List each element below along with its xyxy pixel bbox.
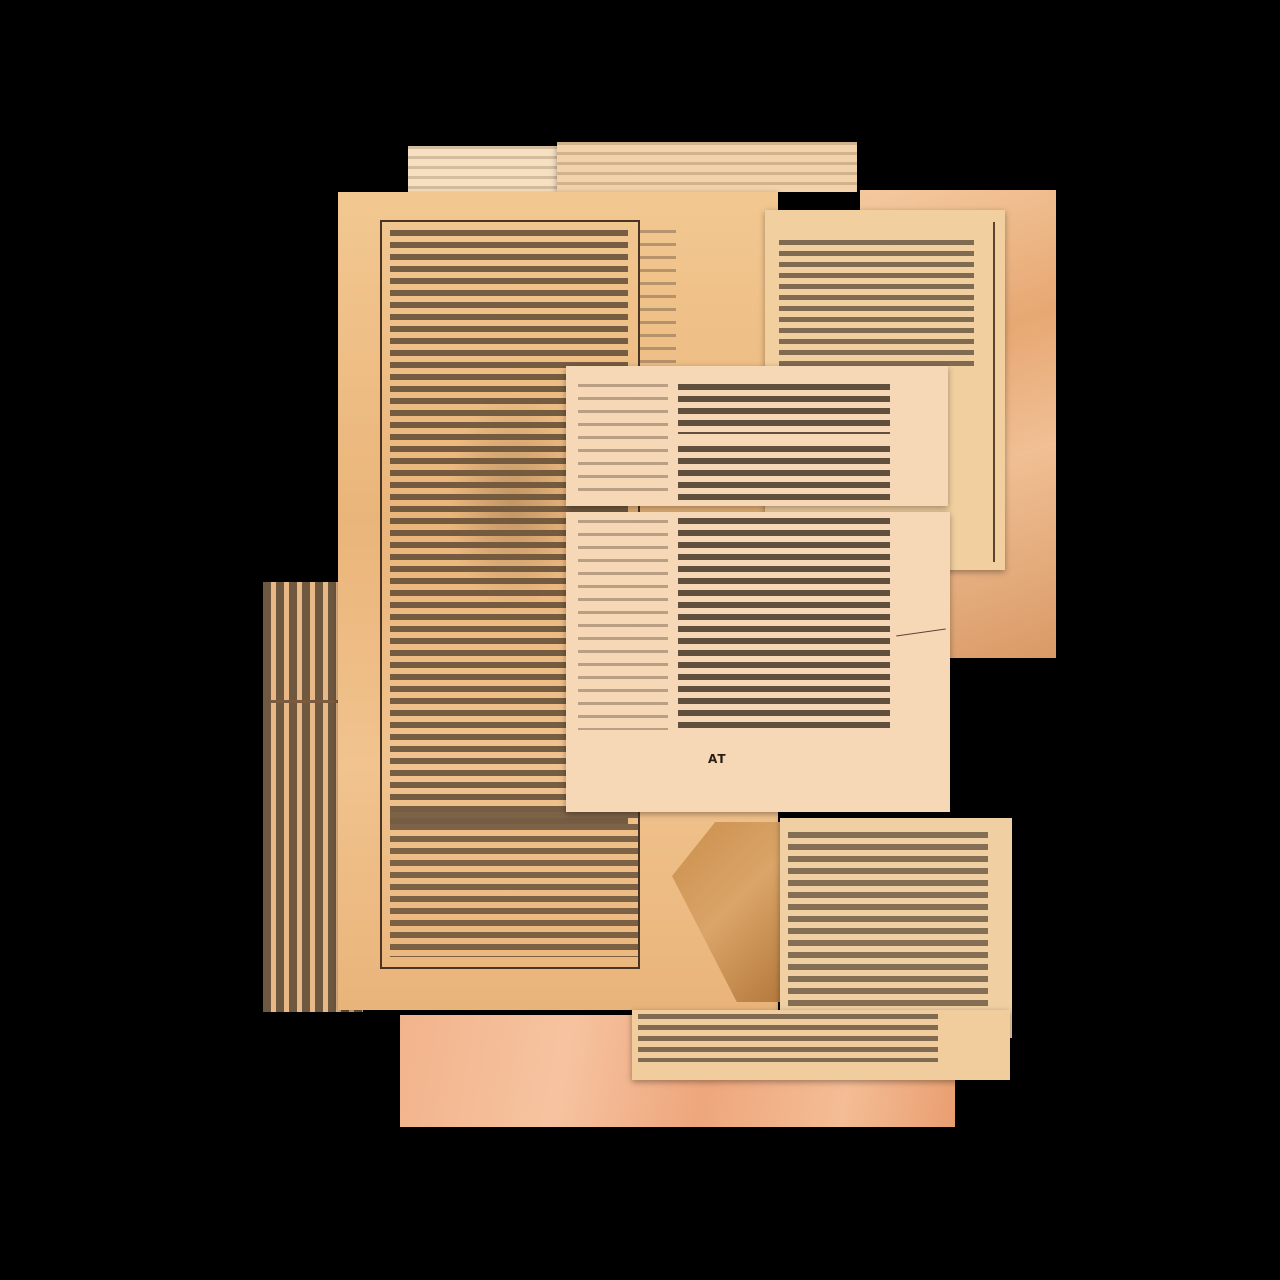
center-top-main-text <box>678 384 890 434</box>
main-page-text-lower <box>390 812 640 957</box>
lower-right-clipping <box>780 818 1012 1038</box>
center-clipping-main: AT <box>566 512 950 812</box>
bottom-clipping <box>632 1010 1010 1080</box>
lower-right-text <box>788 832 988 1032</box>
collage: AT <box>0 0 1280 1280</box>
top-strip-middle <box>557 142 857 192</box>
main-page-stain <box>448 392 578 612</box>
top-strip-left <box>408 146 560 192</box>
center-top-side-text <box>578 384 668 499</box>
center-main-side-text <box>578 520 668 730</box>
center-note-label: AT <box>708 752 727 766</box>
center-clipping-top <box>566 366 948 506</box>
center-main-text <box>678 518 890 730</box>
bottom-clipping-text <box>638 1014 938 1062</box>
upper-right-text <box>779 240 974 370</box>
upper-right-rule <box>993 222 995 562</box>
main-page-side-column <box>640 230 676 370</box>
center-top-main-text-2 <box>678 446 890 501</box>
center-main-crack <box>896 629 946 637</box>
